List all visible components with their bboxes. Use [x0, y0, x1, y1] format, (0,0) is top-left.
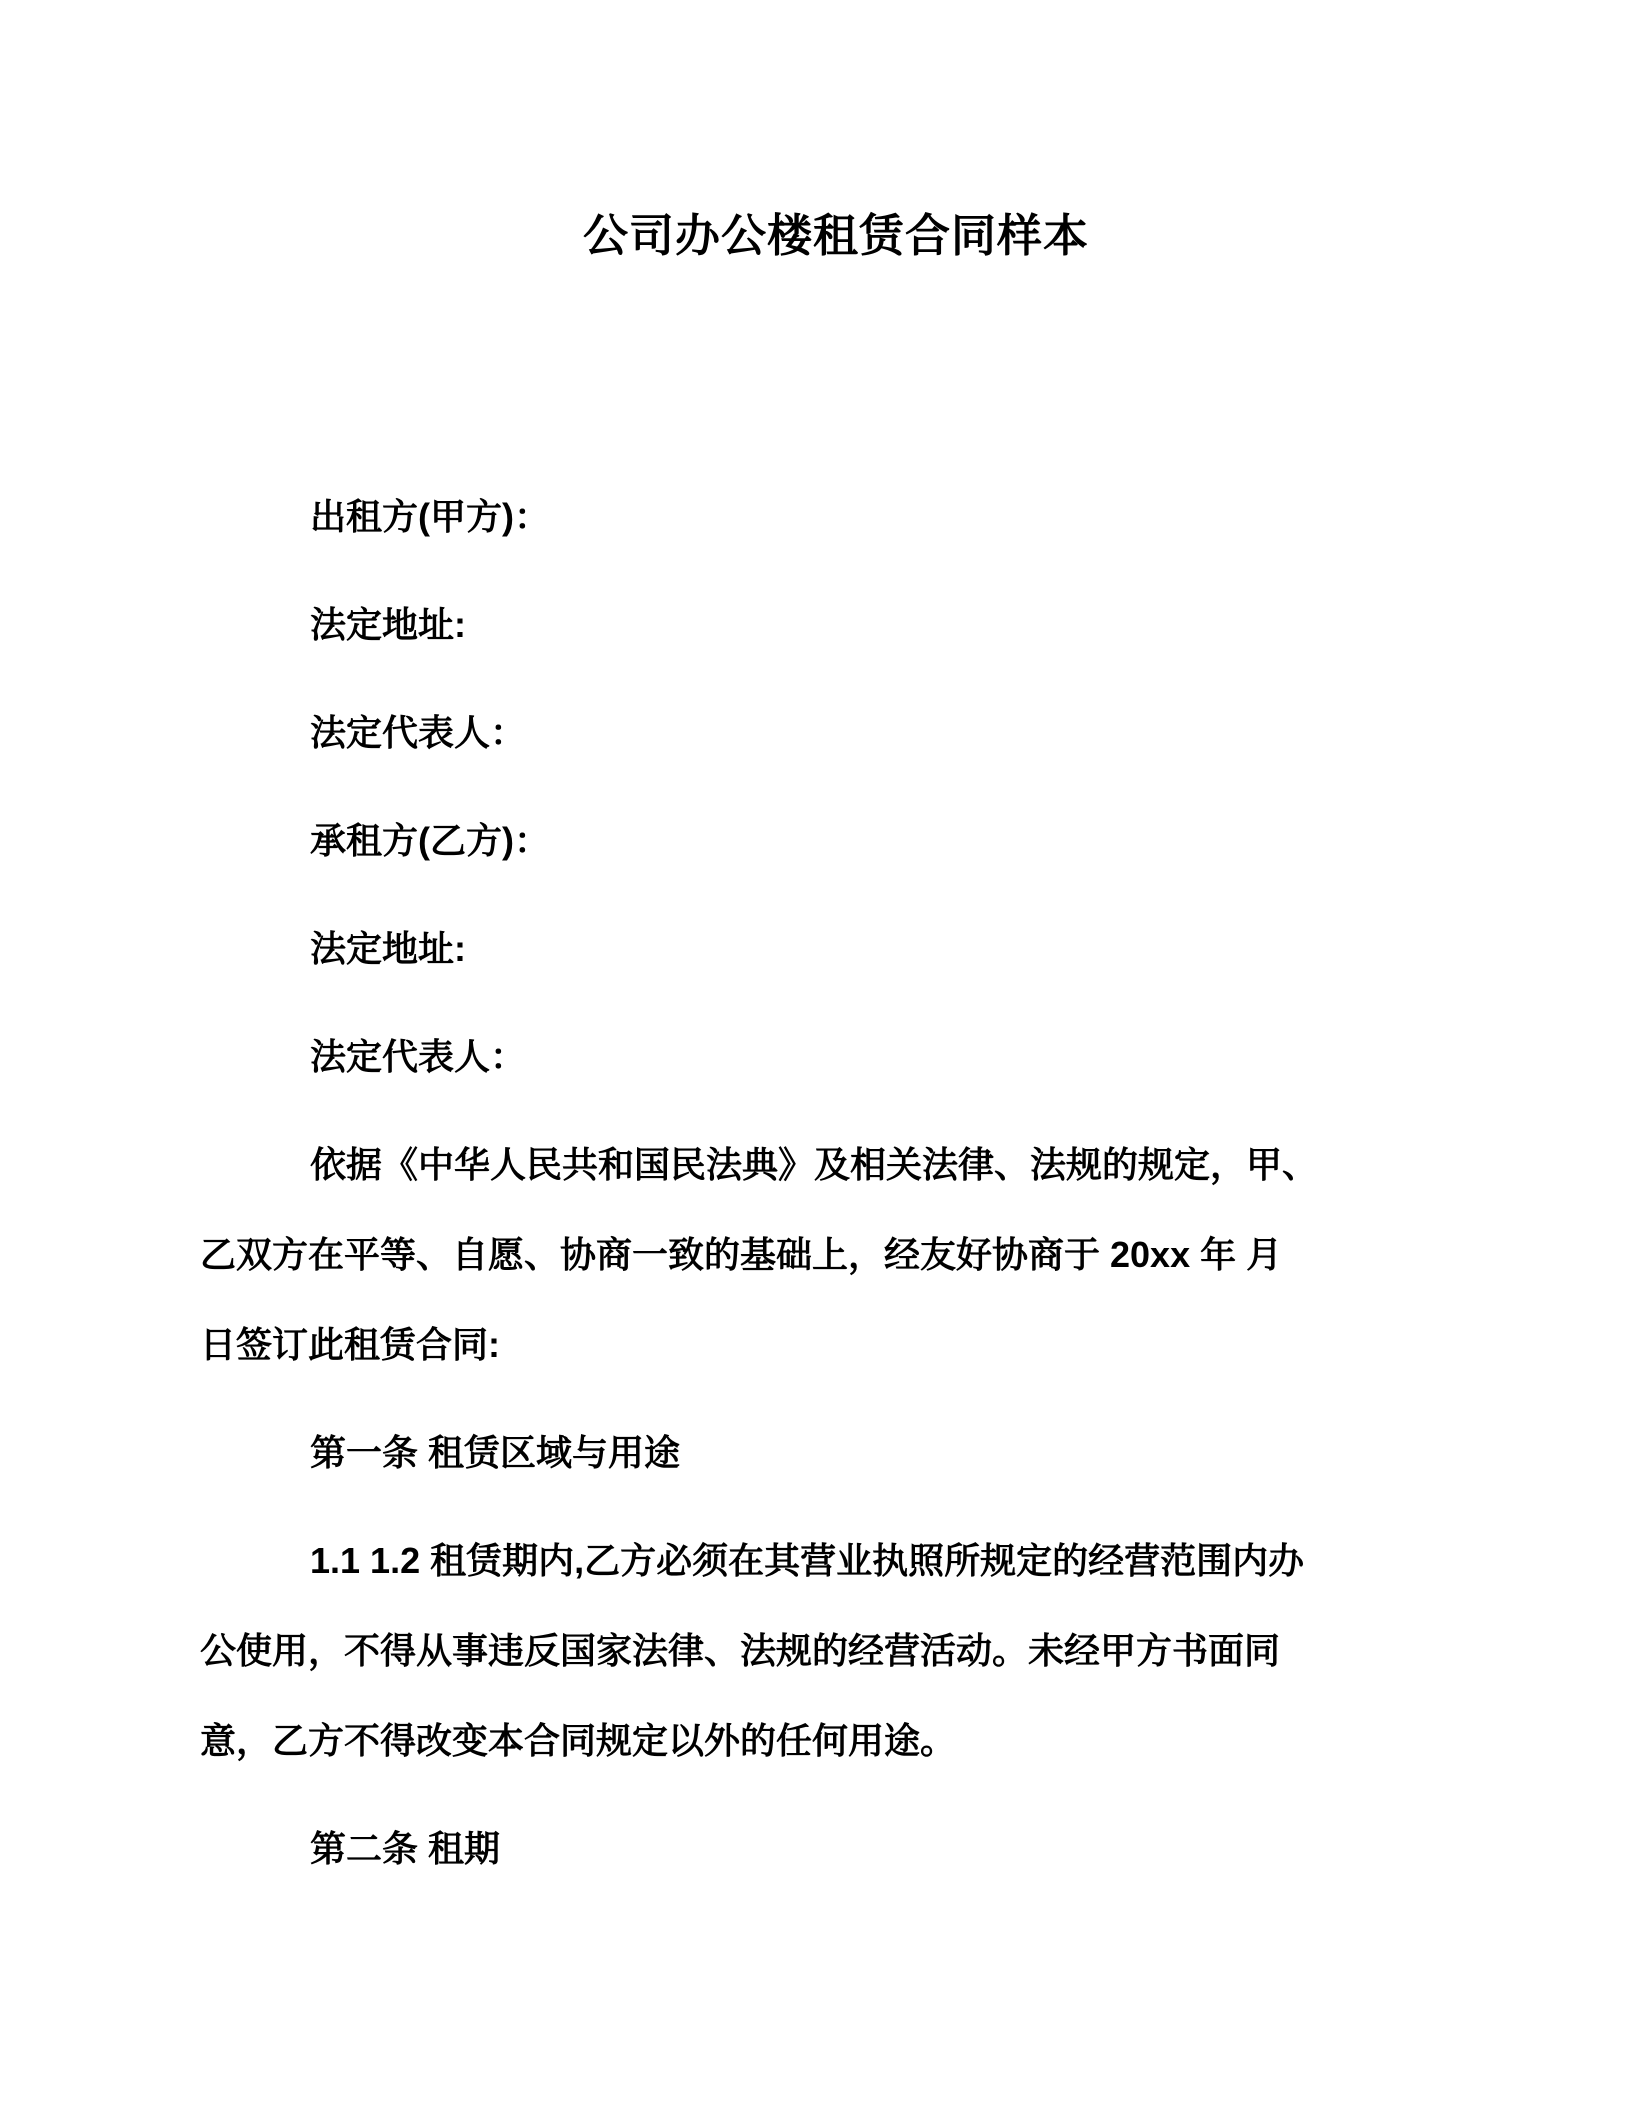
party-line-lessor: 出租方(甲方)： [200, 472, 1472, 562]
party-line-lessee-address: 法定地址: [200, 904, 1472, 994]
preamble-line-3: 日签订此租赁合同: [200, 1300, 1472, 1390]
party-line-lessor-representative: 法定代表人： [200, 688, 1472, 778]
article-2-heading: 第二条 租期 [200, 1804, 1472, 1894]
article-1-body-line-3: 意，乙方不得改变本合同规定以外的任何用途。 [200, 1696, 1472, 1786]
preamble-paragraph: 依据《中华人民共和国民法典》及相关法律、法规的规定，甲、 乙双方在平等、自愿、协… [200, 1120, 1472, 1390]
article-1-body: 1.1 1.2 租赁期内,乙方必须在其营业执照所规定的经营范围内办 公使用，不得… [200, 1516, 1472, 1786]
document-title: 公司办公楼租赁合同样本 [200, 0, 1472, 267]
article-1-body-line-2: 公使用，不得从事违反国家法律、法规的经营活动。未经甲方书面同 [200, 1606, 1472, 1696]
party-line-lessee: 承租方(乙方)： [200, 796, 1472, 886]
party-line-lessee-representative: 法定代表人： [200, 1012, 1472, 1102]
preamble-line-2: 乙双方在平等、自愿、协商一致的基础上，经友好协商于 20xx 年 月 [200, 1210, 1472, 1300]
article-1-heading: 第一条 租赁区域与用途 [200, 1408, 1472, 1498]
document-page: 公司办公楼租赁合同样本 出租方(甲方)： 法定地址: 法定代表人： 承租方(乙方… [0, 0, 1632, 2112]
document-content: 公司办公楼租赁合同样本 出租方(甲方)： 法定地址: 法定代表人： 承租方(乙方… [0, 0, 1632, 1894]
party-line-lessor-address: 法定地址: [200, 580, 1472, 670]
preamble-line-1: 依据《中华人民共和国民法典》及相关法律、法规的规定，甲、 [200, 1120, 1472, 1210]
article-1-body-line-1: 1.1 1.2 租赁期内,乙方必须在其营业执照所规定的经营范围内办 [200, 1516, 1472, 1606]
